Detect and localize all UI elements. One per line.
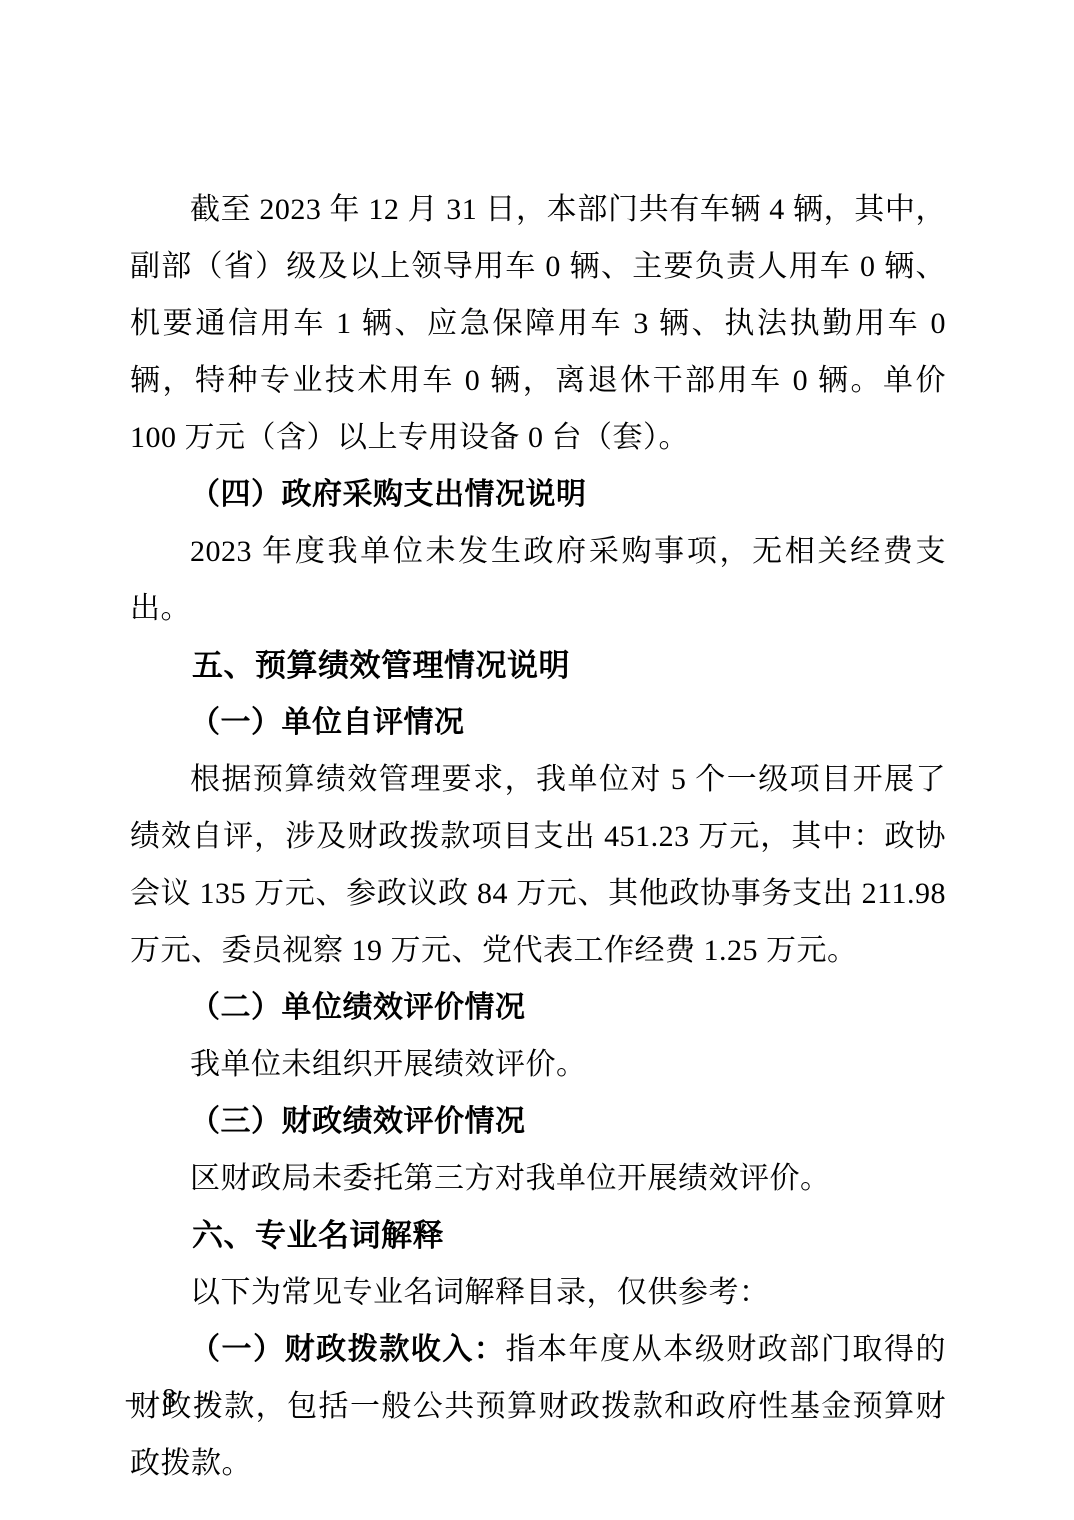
para-terminology-intro: 以下为常见专业名词解释目录，仅供参考： (130, 1264, 946, 1321)
para-fiscal-performance-evaluation: 区财政局未委托第三方对我单位开展绩效评价。 (130, 1150, 946, 1207)
document-content: 截至 2023 年 12 月 31 日，本部门共有车辆 4 辆，其中，副部（省）… (130, 181, 946, 1492)
para-gov-procurement: 2023 年度我单位未发生政府采购事项，无相关经费支出。 (130, 523, 946, 637)
document-page: 截至 2023 年 12 月 31 日，本部门共有车辆 4 辆，其中，副部（省）… (0, 0, 1074, 1520)
para-unit-performance-evaluation: 我单位未组织开展绩效评价。 (130, 1036, 946, 1093)
term-lead: （一）财政拨款收入： (190, 1333, 505, 1366)
section-heading-budget-performance: 五、预算绩效管理情况说明 (130, 637, 946, 694)
para-self-evaluation: 根据预算绩效管理要求，我单位对 5 个一级项目开展了绩效自评，涉及财政拨款项目支… (130, 751, 946, 979)
subsection-heading-self-evaluation: （一）单位自评情况 (130, 694, 946, 751)
section-heading-terminology: 六、专业名词解释 (130, 1207, 946, 1264)
subsection-heading-gov-procurement: （四）政府采购支出情况说明 (130, 466, 946, 523)
page-number: – 8 – (126, 1378, 220, 1418)
para-vehicle-summary: 截至 2023 年 12 月 31 日，本部门共有车辆 4 辆，其中，副部（省）… (130, 181, 946, 466)
subsection-heading-unit-performance-evaluation: （二）单位绩效评价情况 (130, 979, 946, 1036)
para-term-fiscal-appropriation-income: （一）财政拨款收入：指本年度从本级财政部门取得的财政拨款，包括一般公共预算财政拨… (130, 1321, 946, 1492)
subsection-heading-fiscal-performance-evaluation: （三）财政绩效评价情况 (130, 1093, 946, 1150)
